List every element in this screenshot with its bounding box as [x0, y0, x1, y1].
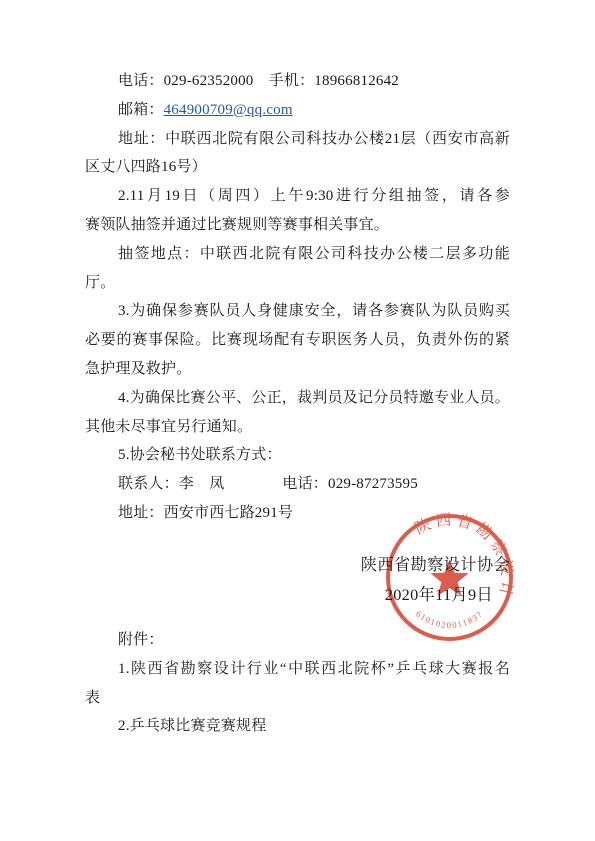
email-label: 邮箱：: [118, 102, 164, 118]
doc-line-item3-3: 急护理及救护。: [85, 355, 510, 384]
attachment-item-1: 1.陕西省勘察设计行业“中联西北院杯”乒乓球大赛报名: [85, 655, 510, 684]
doc-line-draw-location-2: 厅。: [85, 269, 510, 298]
email-link[interactable]: 464900709@qq.com: [164, 102, 293, 118]
document-body: 电话：029-62352000 手机：18966812642 邮箱：464900…: [85, 67, 510, 528]
attachment-item-2: 2.乒乓球比赛竞赛规程: [85, 712, 510, 741]
attachments-section: 附件： 1.陕西省勘察设计行业“中联西北院杯”乒乓球大赛报名 表 2.乒乓球比赛…: [85, 626, 510, 741]
doc-line-address-2: 区丈八四路16号）: [85, 153, 510, 182]
seal-graphic: 陕西省勘察设计协会 6101020011837: [383, 511, 516, 644]
doc-line-phone: 电话：029-62352000 手机：18966812642: [85, 67, 510, 96]
doc-line-item2-2: 赛领队抽签并通过比赛规则等赛事相关事宜。: [85, 211, 510, 240]
doc-line-item3-1: 3.为确保参赛队员人身健康安全，请各参赛队为队员购买: [85, 297, 510, 326]
signature-date: 2020年11月9日: [385, 581, 493, 605]
doc-line-item2-1: 2.11月19日（周四）上午9:30进行分组抽签，请各参: [85, 182, 510, 211]
contact-person: 联系人：李 凤: [118, 476, 224, 492]
official-seal: 陕西省勘察设计协会 6101020011837: [383, 511, 516, 644]
doc-line-item5: 5.协会秘书处联系方式：: [85, 441, 510, 470]
doc-line-secretary-address: 地址：西安市西七路291号: [85, 499, 510, 528]
doc-line-item3-2: 必要的赛事保险。比赛现场配有专职医务人员，负责外伤的紧: [85, 326, 510, 355]
doc-line-address-1: 地址：中联西北院有限公司科技办公楼21层（西安市高新: [85, 125, 510, 154]
attachment-item-1-cont: 表: [85, 684, 510, 713]
doc-line-draw-location-1: 抽签地点：中联西北院有限公司科技办公楼二层多功能: [85, 240, 510, 269]
doc-line-email: 邮箱：464900709@qq.com: [85, 96, 510, 125]
doc-line-contact-person: 联系人：李 凤电话：029-87273595: [85, 470, 510, 499]
attachments-title: 附件：: [85, 626, 510, 655]
doc-line-item4-1: 4.为确保比赛公平、公正，裁判员及记分员特邀专业人员。: [85, 384, 510, 413]
contact-phone: 电话：029-87273595: [282, 476, 418, 492]
doc-line-item4-2: 其他未尽事宜另行通知。: [85, 413, 510, 442]
signature-org: 陕西省勘察设计协会: [361, 551, 510, 575]
document-page: 陕西省勘察设计协会 6101020011837 电话：029-62352000 …: [0, 0, 595, 841]
